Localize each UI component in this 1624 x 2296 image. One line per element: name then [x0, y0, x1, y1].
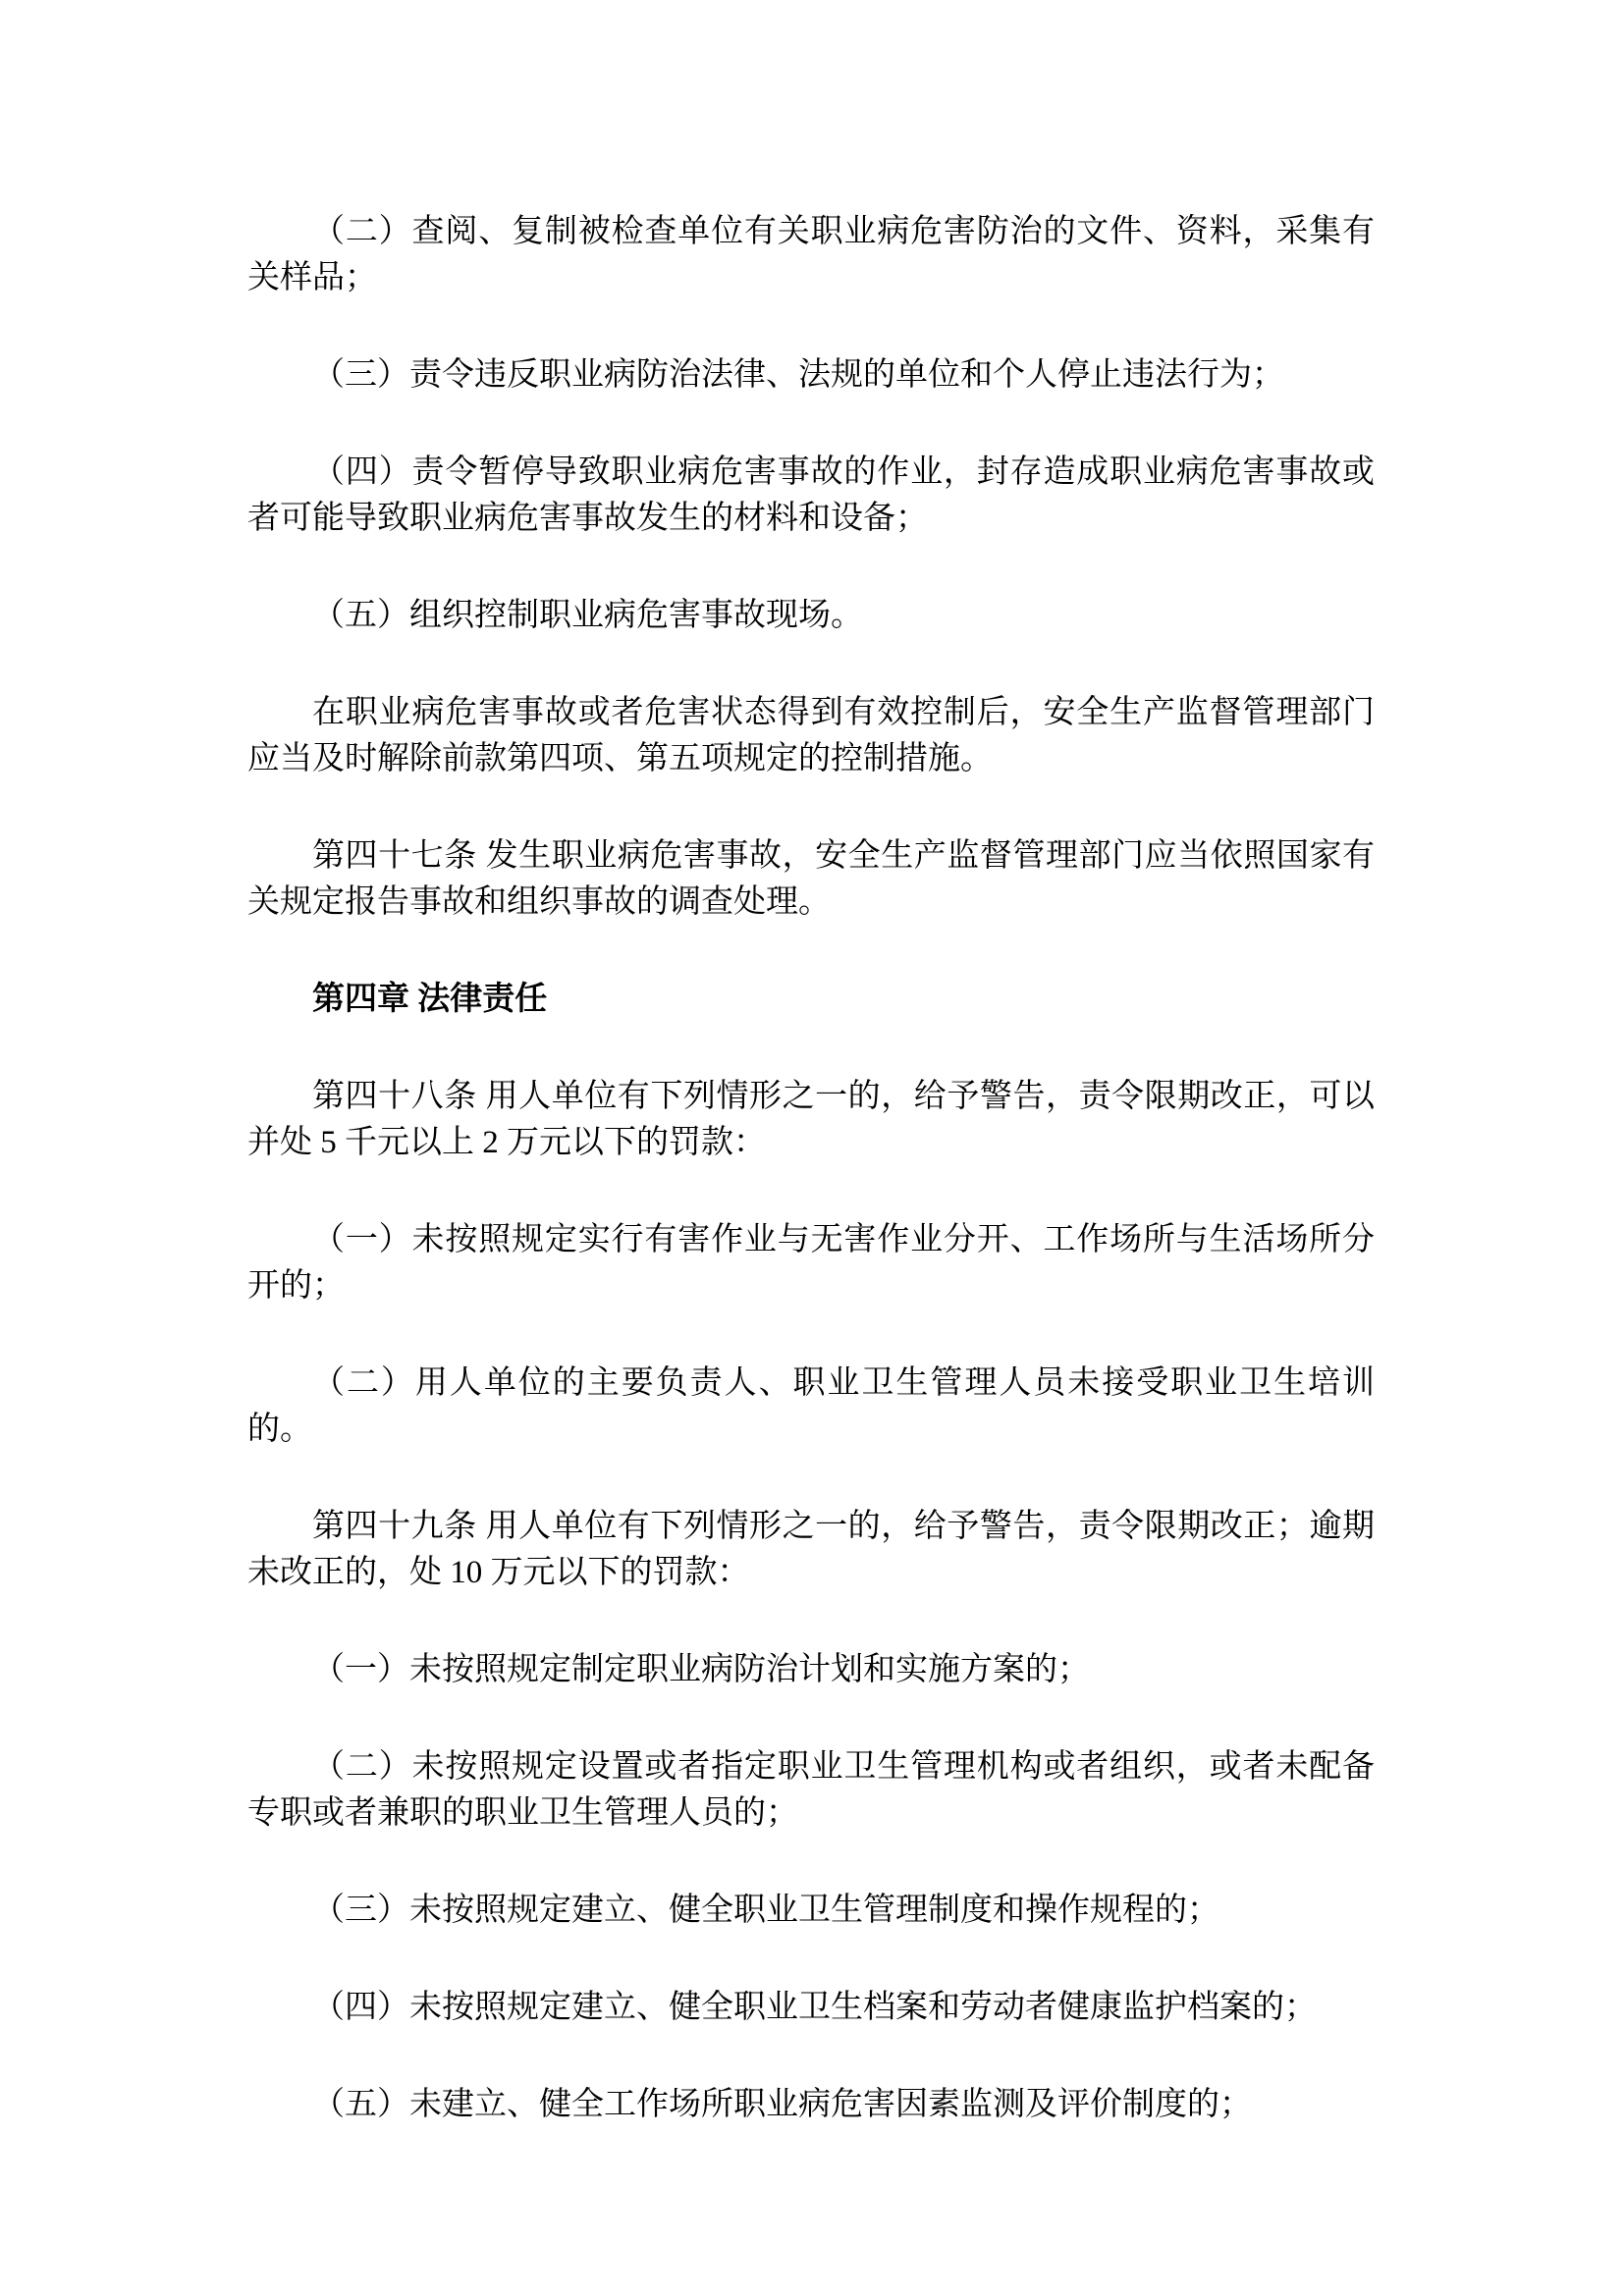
list-item-2: （二）查阅、复制被检查单位有关职业病危害防治的文件、资料，采集有关样品； — [247, 209, 1375, 301]
article-49-item-2: （二）未按照规定设置或者指定职业卫生管理机构或者组织，或者未配备专职或者兼职的职… — [247, 1744, 1375, 1837]
article-49-item-3: （三）未按照规定建立、健全职业卫生管理制度和操作规程的； — [247, 1888, 1375, 1934]
list-item-5: （五）组织控制职业病危害事故现场。 — [247, 593, 1375, 639]
article-48-item-1: （一）未按照规定实行有害作业与无害作业分开、工作场所与生活场所分开的； — [247, 1217, 1375, 1309]
article-49-item-5: （五）未建立、健全工作场所职业病危害因素监测及评价制度的； — [247, 2082, 1375, 2128]
list-item-3: （三）责令违反职业病防治法律、法规的单位和个人停止违法行为； — [247, 352, 1375, 399]
document-body: （二）查阅、复制被检查单位有关职业病危害防治的文件、资料，采集有关样品； （三）… — [247, 209, 1375, 2179]
document-page: （二）查阅、复制被检查单位有关职业病危害防治的文件、资料，采集有关样品； （三）… — [0, 0, 1624, 2296]
paragraph-control-measures: 在职业病危害事故或者危害状态得到有效控制后，安全生产监督管理部门应当及时解除前款… — [247, 690, 1375, 782]
article-49-item-1: （一）未按照规定制定职业病防治计划和实施方案的； — [247, 1647, 1375, 1693]
list-item-4: （四）责令暂停导致职业病危害事故的作业，封存造成职业病危害事故或者可能导致职业病… — [247, 450, 1375, 542]
article-48-item-2: （二）用人单位的主要负责人、职业卫生管理人员未接受职业卫生培训的。 — [247, 1361, 1375, 1453]
article-49-item-4: （四）未按照规定建立、健全职业卫生档案和劳动者健康监护档案的； — [247, 1985, 1375, 2031]
article-49: 第四十九条 用人单位有下列情形之一的，给予警告，责令限期改正；逾期未改正的，处 … — [247, 1504, 1375, 1596]
chapter-4-heading: 第四章 法律责任 — [247, 977, 1375, 1023]
article-48: 第四十八条 用人单位有下列情形之一的，给予警告，责令限期改正，可以并处 5 千元… — [247, 1074, 1375, 1166]
article-47: 第四十七条 发生职业病危害事故，安全生产监督管理部门应当依照国家有关规定报告事故… — [247, 833, 1375, 926]
